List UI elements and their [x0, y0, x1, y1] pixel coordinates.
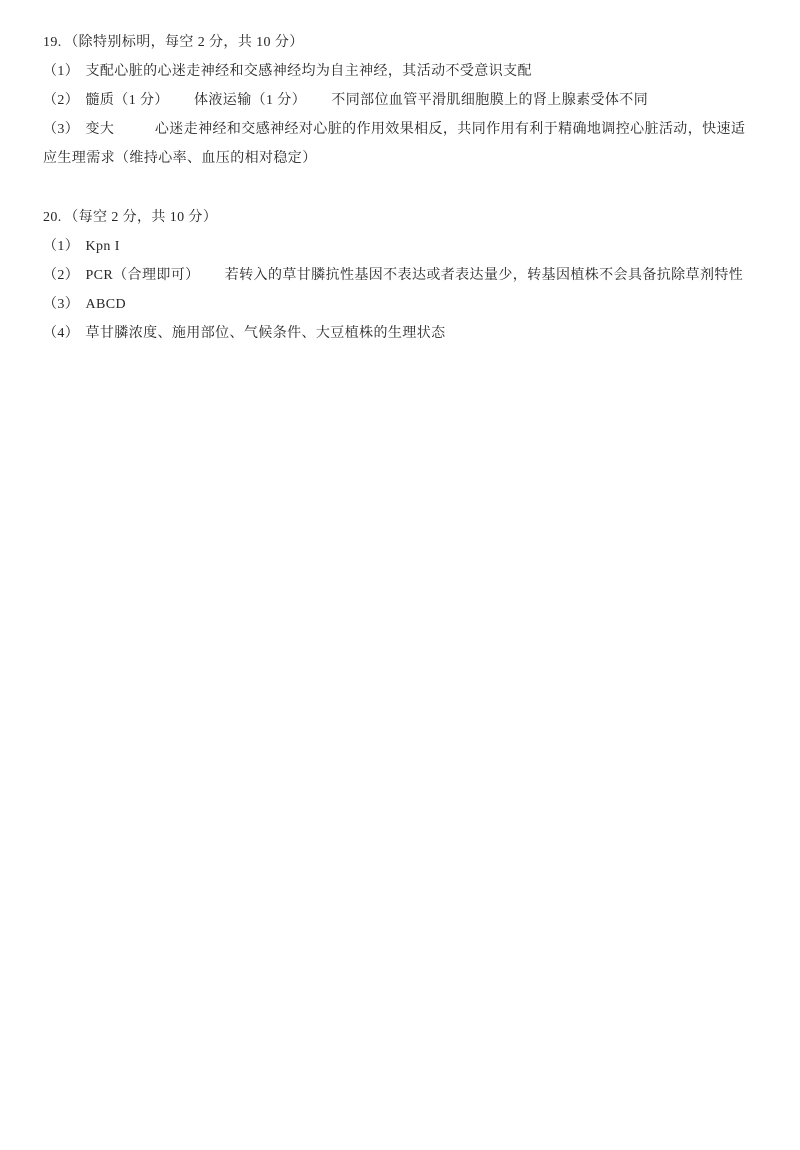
answer-segment: PCR（合理即可） — [86, 268, 200, 283]
answer-segment: 不同部位血管平滑肌细胞膜上的肾上腺素受体不同 — [331, 93, 648, 108]
question-20-block: 20.（每空 2 分，共 10 分） （1）Kpn I （2）PCR（合理即可）… — [43, 203, 751, 348]
answer-item-19-1: （1）支配心脏的心迷走神经和交感神经均为自主神经，其活动不受意识支配 — [43, 57, 751, 86]
item-label-20-1: （1） — [43, 239, 79, 254]
question-19-heading: 19.（除特别标明，每空 2 分，共 10 分） — [43, 28, 751, 57]
answer-segment: ABCD — [86, 297, 127, 312]
answer-segment: Kpn I — [86, 239, 120, 254]
question-20-heading: 20.（每空 2 分，共 10 分） — [43, 203, 751, 232]
answer-item-19-2: （2）髓质（1 分）体液运输（1 分）不同部位血管平滑肌细胞膜上的肾上腺素受体不… — [43, 86, 751, 115]
answer-segment: 若转入的草甘膦抗性基因不表达或者表达量少，转基因植株不会具备抗除草剂特性 — [225, 268, 743, 283]
answer-segment: 支配心脏的心迷走神经和交感神经均为自主神经，其活动不受意识支配 — [86, 64, 532, 79]
item-label-20-4: （4） — [43, 326, 79, 341]
item-label-19-1: （1） — [43, 64, 79, 79]
answer-item-19-3: （3）变大心迷走神经和交感神经对心脏的作用效果相反，共同作用有利于精确地调控心脏… — [43, 115, 751, 173]
item-label-20-2: （2） — [43, 268, 79, 283]
answer-item-20-1: （1）Kpn I — [43, 232, 751, 261]
answer-segment: 心迷走神经和交感神经对心脏的作用效果相反，共同作用有利于精确地调控心脏活动，快速… — [43, 122, 745, 166]
answer-item-20-2: （2）PCR（合理即可）若转入的草甘膦抗性基因不表达或者表达量少，转基因植株不会… — [43, 261, 751, 290]
question-19-block: 19.（除特别标明，每空 2 分，共 10 分） （1）支配心脏的心迷走神经和交… — [43, 28, 751, 173]
answer-segment: 体液运输（1 分） — [194, 93, 306, 108]
question-20-scoring-note: （每空 2 分，共 10 分） — [64, 210, 217, 225]
question-19-number: 19. — [43, 35, 62, 50]
item-label-19-3: （3） — [43, 122, 79, 137]
answer-segment: 草甘膦浓度、施用部位、气候条件、大豆植株的生理状态 — [86, 326, 446, 341]
question-20-number: 20. — [43, 210, 62, 225]
question-19-scoring-note: （除特别标明，每空 2 分，共 10 分） — [64, 35, 303, 50]
answer-item-20-4: （4）草甘膦浓度、施用部位、气候条件、大豆植株的生理状态 — [43, 319, 751, 348]
answer-item-20-3: （3）ABCD — [43, 290, 751, 319]
answer-segment: 髓质（1 分） — [86, 93, 169, 108]
answer-sheet-page: 19.（除特别标明，每空 2 分，共 10 分） （1）支配心脏的心迷走神经和交… — [0, 0, 800, 1150]
item-label-19-2: （2） — [43, 93, 79, 108]
answer-segment: 变大 — [86, 122, 115, 137]
item-label-20-3: （3） — [43, 297, 79, 312]
